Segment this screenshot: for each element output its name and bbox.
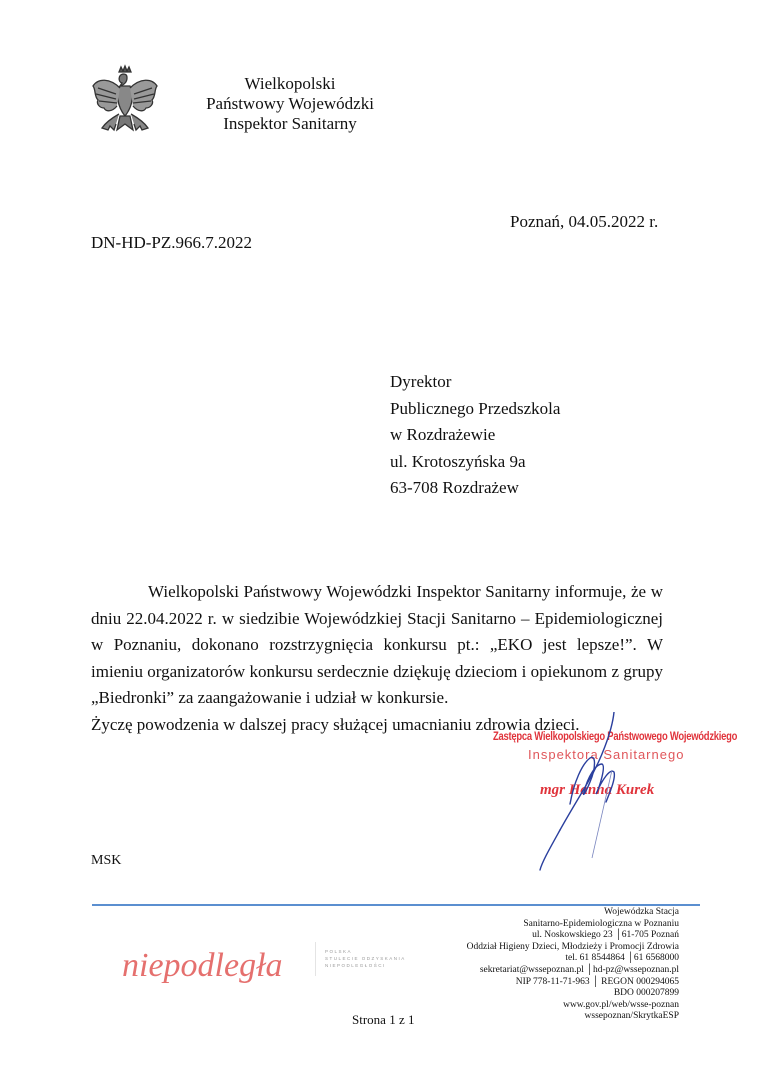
station-contact-info: Wojewódzka Stacja Sanitarno-Epidemiologi…	[467, 907, 679, 1023]
logo-divider	[315, 942, 316, 976]
page-number: Strona 1 z 1	[352, 1012, 414, 1028]
recipient-line: w Rozdrażewie	[390, 422, 560, 449]
white-eagle-emblem-icon	[90, 64, 160, 144]
issuer-title-line: Inspektor Sanitarny	[190, 114, 390, 134]
footer-divider	[92, 904, 700, 906]
logo-caption-line: NIEPODLEGŁOŚCI	[325, 962, 406, 969]
station-info-line: sekretariat@wssepoznan.pl │hd-pz@wssepoz…	[467, 965, 679, 977]
recipient-address: Dyrektor Publicznego Przedszkola w Rozdr…	[390, 369, 560, 502]
logo-caption-line: STULECIE ODZYSKANIA	[325, 955, 406, 962]
recipient-line: 63-708 Rozdrażew	[390, 475, 560, 502]
station-info-line: tel. 61 8544864 │61 6568000	[467, 953, 679, 965]
issuer-title: Wielkopolski Państwowy Wojewódzki Inspek…	[190, 74, 390, 134]
handwritten-signature-icon	[530, 712, 630, 872]
station-info-line: Oddział Higieny Dzieci, Młodzieży i Prom…	[467, 942, 679, 954]
logo-caption: POLSKA STULECIE ODZYSKANIA NIEPODLEGŁOŚC…	[325, 948, 406, 969]
station-info-line: ul. Noskowskiego 23 │61-705 Poznań	[467, 930, 679, 942]
issuer-title-line: Państwowy Wojewódzki	[190, 94, 390, 114]
station-info-line: NIP 778-11-71-963 │ REGON 000294065	[467, 977, 679, 989]
recipient-line: Publicznego Przedszkola	[390, 396, 560, 423]
recipient-line: ul. Krotoszyńska 9a	[390, 449, 560, 476]
niepodlegla-logo-icon: niepodległa	[118, 938, 308, 988]
logo-caption-line: POLSKA	[325, 948, 406, 955]
station-info-line: Wojewódzka Stacja	[467, 907, 679, 919]
station-info-line: Sanitarno-Epidemiologiczna w Poznaniu	[467, 919, 679, 931]
reference-number: DN-HD-PZ.966.7.2022	[91, 233, 252, 253]
author-initials: MSK	[91, 853, 121, 869]
recipient-line: Dyrektor	[390, 369, 560, 396]
body-paragraph: Wielkopolski Państwowy Wojewódzki Inspek…	[91, 579, 663, 712]
station-info-line: wssepoznan/SkrytkaESP	[467, 1011, 679, 1023]
svg-text:niepodległa: niepodległa	[122, 947, 283, 984]
station-info-line: www.gov.pl/web/wsse-poznan	[467, 1000, 679, 1012]
place-and-date: Poznań, 04.05.2022 r.	[510, 212, 658, 232]
station-info-line: BDO 000207899	[467, 988, 679, 1000]
issuer-title-line: Wielkopolski	[190, 74, 390, 94]
